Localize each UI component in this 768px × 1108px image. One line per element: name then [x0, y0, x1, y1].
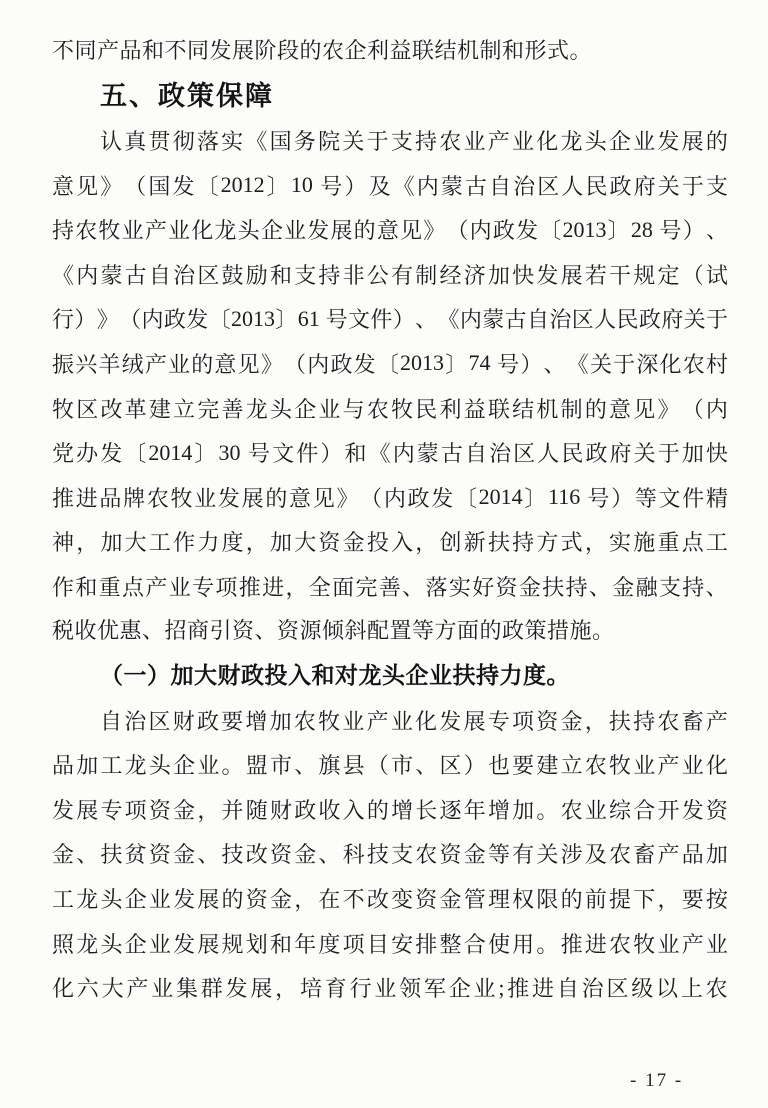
text-token: 和 [270, 259, 292, 290]
text-token: 〕 [275, 303, 297, 334]
text-token: 立 [561, 749, 583, 780]
text-token: 古 [505, 303, 527, 334]
text-token: 支 [391, 838, 413, 869]
text-token: 涉 [561, 838, 583, 869]
text-token: 排 [415, 928, 437, 959]
text-token: 扶 [609, 705, 631, 736]
text-token: 增 [391, 794, 413, 825]
text-token: 见 [400, 214, 422, 245]
text-token: 见 [313, 482, 335, 513]
text-token: 合 [464, 928, 486, 959]
text-token: 发 [173, 883, 195, 914]
text-token: 区 [76, 393, 98, 424]
text-token: 增 [245, 705, 267, 736]
text-token: 政 [294, 794, 316, 825]
text-token: 项 [125, 794, 147, 825]
text-token: 善 [222, 393, 244, 424]
text-token: 金 [612, 571, 634, 602]
text-token: 投 [367, 526, 389, 557]
text-token: 农 [706, 972, 728, 1003]
text-token: 国 [270, 125, 292, 156]
text-token: 《 [567, 348, 589, 379]
text-token: 持 [633, 705, 655, 736]
text-token: 、 [294, 749, 316, 780]
text-token: 发 [52, 794, 74, 825]
text-token: 治 [513, 170, 535, 201]
text-token: 府 [610, 437, 632, 468]
text-token: 重 [99, 571, 121, 602]
text-token: 市 [391, 749, 413, 780]
text-token: 全 [309, 571, 331, 602]
text-token: 企 [609, 125, 631, 156]
text-token: 《 [369, 437, 391, 468]
text-token: 、 [415, 749, 437, 780]
text-token: 自 [465, 437, 487, 468]
text-token: 式 [561, 526, 583, 557]
text-line: 化六大产业集群发展，培育行业领军企业;推进自治区级以上农 [52, 965, 728, 1010]
text-token: 落 [426, 571, 448, 602]
text-token: 展 [242, 482, 264, 513]
text-token: 人 [561, 170, 583, 201]
text-token: 牧 [98, 214, 120, 245]
text-token: 见 [76, 170, 98, 201]
text-token: 2014 [148, 440, 192, 466]
text-token: 行 [52, 303, 74, 334]
text-token: 的 [265, 482, 287, 513]
text-token: 头 [100, 883, 122, 914]
text-token: 。 [536, 794, 558, 825]
text-token: （ [284, 348, 306, 379]
text-token: 于 [658, 437, 680, 468]
text-token: 化 [52, 972, 74, 1003]
text-line: 神，加大工作力度，加大资金投入，创新扶持方式，实施重点工 [52, 520, 728, 565]
text-token: 旗 [318, 749, 340, 780]
text-token: 龙 [246, 393, 268, 424]
text-token: 专 [488, 705, 510, 736]
text-token: 持 [512, 526, 534, 557]
text-token: 企 [173, 749, 195, 780]
text-token: 意 [289, 482, 311, 513]
text-token: ; [498, 975, 504, 1001]
text-token: ， [246, 526, 268, 557]
text-token: 干 [609, 259, 631, 290]
text-token: 业 [122, 214, 144, 245]
text-token: 政 [639, 303, 661, 334]
text-token: 培 [300, 972, 322, 1003]
text-token: 、 [706, 214, 728, 245]
text-token: 展 [76, 794, 98, 825]
text-token: 国 [148, 170, 170, 201]
text-token: 发 [439, 705, 461, 736]
text-token: 发 [354, 348, 376, 379]
text-token: 支 [391, 125, 413, 156]
text-token: 进 [532, 972, 554, 1003]
text-token: 支 [659, 571, 681, 602]
text-token: 神 [52, 526, 74, 557]
text-token: ） [683, 214, 705, 245]
text-token: 头 [149, 749, 171, 780]
text-token: 牧 [391, 393, 413, 424]
text-token: 技 [367, 838, 389, 869]
text-token: 限 [536, 883, 558, 914]
text-token: 关 [342, 125, 364, 156]
text-token: 发 [307, 214, 329, 245]
text-token: 政 [493, 214, 515, 245]
text-token: 61 [298, 306, 326, 332]
text-token: 区 [513, 437, 535, 468]
text-token: 育 [325, 972, 347, 1003]
text-token: 群 [201, 972, 223, 1003]
text-token: 企 [294, 393, 316, 424]
text-token: 安 [391, 928, 413, 959]
text-token: 业 [585, 794, 607, 825]
text-token: 建 [536, 749, 558, 780]
text-token: 人 [594, 303, 616, 334]
text-token: 企 [125, 883, 147, 914]
text-token: 大 [294, 526, 316, 557]
text-token: 、 [76, 838, 98, 869]
text-token: 羊 [98, 348, 120, 379]
text-token: 重 [657, 526, 679, 557]
text-token: 点 [682, 526, 704, 557]
text-token: 展 [250, 972, 272, 1003]
section-heading: （一）加大财政投入和对龙头企业扶持力度。 [52, 653, 728, 698]
text-token: 支 [294, 259, 316, 290]
text-token: 发 [186, 303, 208, 334]
text-token: 业 [342, 705, 364, 736]
text-line: 牧区改革建立完善龙头企业与农牧民利益联结机制的意见》（内 [52, 386, 728, 431]
text-token: 牧 [609, 749, 631, 780]
text-token: 号 [497, 348, 519, 379]
text-token: 业 [706, 928, 728, 959]
text-token: 深 [636, 348, 658, 379]
text-line: 行）》（内政发〔2013〕61 号文件）、《内蒙古自治区人民政府关于 [52, 297, 728, 342]
text-token: 龙 [125, 749, 147, 780]
text-token: 要 [682, 883, 704, 914]
text-token: 业 [197, 749, 219, 780]
text-token: 龙 [76, 928, 98, 959]
text-token: 持 [415, 125, 437, 156]
text-token: 权 [512, 883, 534, 914]
text-token: 意 [52, 170, 74, 201]
text-line: 推进品牌农牧业发展的意见》（内政发〔2014〕116 号）等文件精 [52, 475, 728, 520]
text-token: 产 [488, 125, 510, 156]
text-token: 〔 [455, 482, 477, 513]
text-token: 〔 [539, 214, 561, 245]
text-token: 实 [609, 526, 631, 557]
text-token: 展 [464, 705, 486, 736]
text-token: 非 [343, 259, 365, 290]
text-token: 进 [76, 482, 98, 513]
text-token: 照 [52, 928, 74, 959]
text-token: 政 [330, 348, 352, 379]
text-token: 有 [512, 838, 534, 869]
text-token: 治 [582, 972, 604, 1003]
text-line: 税收优惠、招商引资、资源倾斜配置等方面的政策措施。 [52, 609, 728, 654]
text-token: 《 [52, 259, 74, 290]
text-token: 发 [226, 972, 248, 1003]
text-token: 贯 [148, 125, 170, 156]
text-line: 持农牧业产业化龙头企业发展的意见》（内政发〔2013〕28 号）、 [52, 207, 728, 252]
text-token: 推 [561, 928, 583, 959]
text-token: 头 [585, 125, 607, 156]
text-token: 及 [369, 170, 391, 201]
text-token: 区 [572, 303, 594, 334]
text-token: 目 [367, 928, 389, 959]
text-token: 〕 [267, 170, 289, 201]
text-token: 牧 [318, 705, 340, 736]
text-token: 品 [99, 482, 121, 513]
text-token: 新 [464, 526, 486, 557]
text-token: 若 [585, 259, 607, 290]
text-token: ， [294, 883, 316, 914]
text-token: 发 [100, 437, 122, 468]
text-token: 文 [272, 437, 294, 468]
text-token: 政 [197, 705, 219, 736]
text-token: 区 [197, 259, 219, 290]
text-token: 自 [489, 170, 511, 201]
text-token: 民 [616, 303, 638, 334]
text-token: 彻 [173, 125, 195, 156]
text-token: 要 [221, 705, 243, 736]
text-token: 技 [222, 838, 244, 869]
text-token: 加 [512, 794, 534, 825]
text-token: ， [285, 571, 307, 602]
text-token: 按 [706, 883, 728, 914]
text-token: 革 [125, 393, 147, 424]
text-token: 金 [519, 571, 541, 602]
text-token: 试 [706, 259, 728, 290]
text-token: 的 [222, 883, 244, 914]
text-token: 结 [512, 393, 534, 424]
text-token: 。 [536, 928, 558, 959]
text-token: 关 [684, 303, 706, 334]
text-token: 2014 [479, 484, 523, 510]
text-token: 》 [261, 348, 283, 379]
text-line: 工龙头企业发展的资金，在不改变资金管理权限的前提下，要按 [52, 876, 728, 921]
text-token: 领 [399, 972, 421, 1003]
text-token: 业 [284, 214, 306, 245]
text-token: 推 [239, 571, 261, 602]
text-token: 关 [590, 348, 612, 379]
text-token: 产 [145, 348, 167, 379]
text-token: 鼓 [222, 259, 244, 290]
text-token: 励 [246, 259, 268, 290]
text-token: 作 [52, 571, 74, 602]
text-token: 集 [176, 972, 198, 1003]
text-token: 工 [149, 526, 171, 557]
text-token: 金 [294, 838, 316, 869]
text-token: 业 [633, 125, 655, 156]
text-token: 展 [197, 883, 219, 914]
text-token: 农 [585, 749, 607, 780]
text-token: 发 [218, 482, 240, 513]
text-token: 业 [168, 348, 190, 379]
text-token: 联 [488, 393, 510, 424]
text-token: 与 [343, 393, 365, 424]
text-token: 头 [238, 214, 260, 245]
text-token: 工 [706, 526, 728, 557]
text-token: 加 [270, 705, 292, 736]
text-token: 力 [197, 526, 219, 557]
text-line: 党办发〔2014〕30 号文件）和《内蒙古自治区人民政府关于加快 [52, 430, 728, 475]
text-token: 入 [391, 526, 413, 557]
text-token: 、 [318, 838, 340, 869]
text-token: 化 [191, 214, 213, 245]
text-token: 农 [294, 705, 316, 736]
text-token: 管 [464, 883, 486, 914]
text-token: 人 [537, 437, 559, 468]
text-token: 提 [609, 883, 631, 914]
text-token: 10 [291, 172, 319, 198]
text-token: 项 [215, 571, 237, 602]
text-token: 、 [197, 838, 219, 869]
text-token: 项 [343, 928, 365, 959]
text-token: 项 [512, 705, 534, 736]
text-token: 业 [318, 393, 340, 424]
text-token: 品 [682, 838, 704, 869]
text-token: 有 [391, 259, 413, 290]
text-token: 于 [613, 348, 635, 379]
text-line: 认真贯彻落实《国务院关于支持农业产业化龙头企业发展的 [52, 118, 728, 163]
text-token: ） [345, 170, 367, 201]
text-token: 内 [384, 482, 406, 513]
text-token: 治 [124, 705, 146, 736]
text-token: 逐 [440, 794, 462, 825]
text-token: 治 [549, 303, 571, 334]
text-token: 内 [393, 437, 415, 468]
text-token: 》 [423, 214, 445, 245]
text-token: 业 [151, 972, 173, 1003]
text-token: 六 [77, 972, 99, 1003]
text-token: 院 [318, 125, 340, 156]
text-token: 龙 [560, 125, 582, 156]
text-token: 《 [437, 303, 459, 334]
text-token: 业 [149, 928, 171, 959]
text-token: 快 [706, 437, 728, 468]
text-token: （ [360, 482, 382, 513]
text-token: 改 [246, 838, 268, 869]
text-token: （ [124, 170, 146, 201]
text-token: 制 [561, 393, 583, 424]
text-token: 进 [262, 571, 284, 602]
text-token: 理 [488, 883, 510, 914]
text-token: 业 [657, 928, 679, 959]
text-token: 头 [100, 928, 122, 959]
text-line: 《内蒙古自治区鼓励和支持非公有制经济加快发展若干规定（试 [52, 252, 728, 297]
text-token: 内 [460, 303, 482, 334]
text-token: 扶 [100, 838, 122, 869]
text-token: 〕 [524, 482, 546, 513]
text-token: ， [275, 972, 297, 1003]
text-token: 金 [464, 838, 486, 869]
text-token: 28 [631, 217, 659, 243]
text-token: 长 [415, 794, 437, 825]
text-token: 要 [512, 749, 534, 780]
text-token: 府 [661, 303, 683, 334]
text-token: 、 [402, 571, 424, 602]
text-token: 展 [682, 125, 704, 156]
text-token: 农 [439, 125, 461, 156]
text-token: 持 [566, 571, 588, 602]
text-token: 专 [100, 794, 122, 825]
text-token: 完 [197, 393, 219, 424]
text-token: 业 [169, 571, 191, 602]
text-token: 用 [512, 928, 534, 959]
text-line: 作和重点产业专项推进，全面完善、落实好资金扶持、金融支持、 [52, 564, 728, 609]
text-token: 前 [585, 883, 607, 914]
text-token: 资 [706, 794, 728, 825]
text-token: 企 [261, 214, 283, 245]
text-token: 改 [100, 393, 122, 424]
text-token: 2012 [221, 172, 265, 198]
text-token: 自 [527, 303, 549, 334]
text-token: 》 [100, 170, 122, 201]
text-token: 资 [536, 705, 558, 736]
text-token: ） [393, 303, 415, 334]
text-line: 不同产品和不同发展阶段的农企利益联结机制和形式。 [52, 29, 728, 74]
text-token: 整 [440, 928, 462, 959]
document-body: 不同产品和不同发展阶段的农企利益联结机制和形式。五、政策保障认真贯彻落实《国务院… [52, 29, 728, 1010]
text-token: 加 [706, 838, 728, 869]
text-token: 牌 [123, 482, 145, 513]
text-token: 意 [214, 348, 236, 379]
text-token: （ [682, 259, 704, 290]
text-token: 业 [474, 972, 496, 1003]
text-token: 兴 [75, 348, 97, 379]
text-token: 于 [367, 125, 389, 156]
text-token: 县 [343, 749, 365, 780]
text-token: （ [682, 393, 704, 424]
text-token: 金 [343, 526, 365, 557]
text-token: 级 [631, 972, 653, 1003]
text-token: 真 [124, 125, 146, 156]
text-token: 〔 [209, 303, 231, 334]
text-token: 的 [191, 348, 213, 379]
text-token: 快 [512, 259, 534, 290]
text-token: 支 [706, 170, 728, 201]
text-token: 制 [415, 259, 437, 290]
text-token: 府 [634, 170, 656, 201]
text-token: ， [415, 526, 437, 557]
text-token: 点 [122, 571, 144, 602]
text-token: 牧 [171, 482, 193, 513]
text-token: 持 [682, 571, 704, 602]
text-token: 文 [659, 482, 681, 513]
text-token: 的 [585, 393, 607, 424]
text-token: 民 [585, 170, 607, 201]
text-token: 金 [52, 838, 74, 869]
text-token: 完 [355, 571, 377, 602]
text-token: 度 [318, 928, 340, 959]
text-token: 市 [270, 749, 292, 780]
text-token: 见 [238, 348, 260, 379]
text-token: 推 [52, 482, 74, 513]
text-token: 变 [391, 883, 413, 914]
text-token: 推 [507, 972, 529, 1003]
text-token: 专 [192, 571, 214, 602]
text-token: 畜 [633, 838, 655, 869]
text-token: 实 [449, 571, 471, 602]
text-token: 扶 [542, 571, 564, 602]
text-token: 的 [706, 125, 728, 156]
text-token: 化 [415, 705, 437, 736]
text-token: 、 [415, 303, 437, 334]
text-token: 和 [75, 571, 97, 602]
text-token: 业 [633, 749, 655, 780]
text-token: 品 [52, 749, 74, 780]
text-token: 立 [173, 393, 195, 424]
